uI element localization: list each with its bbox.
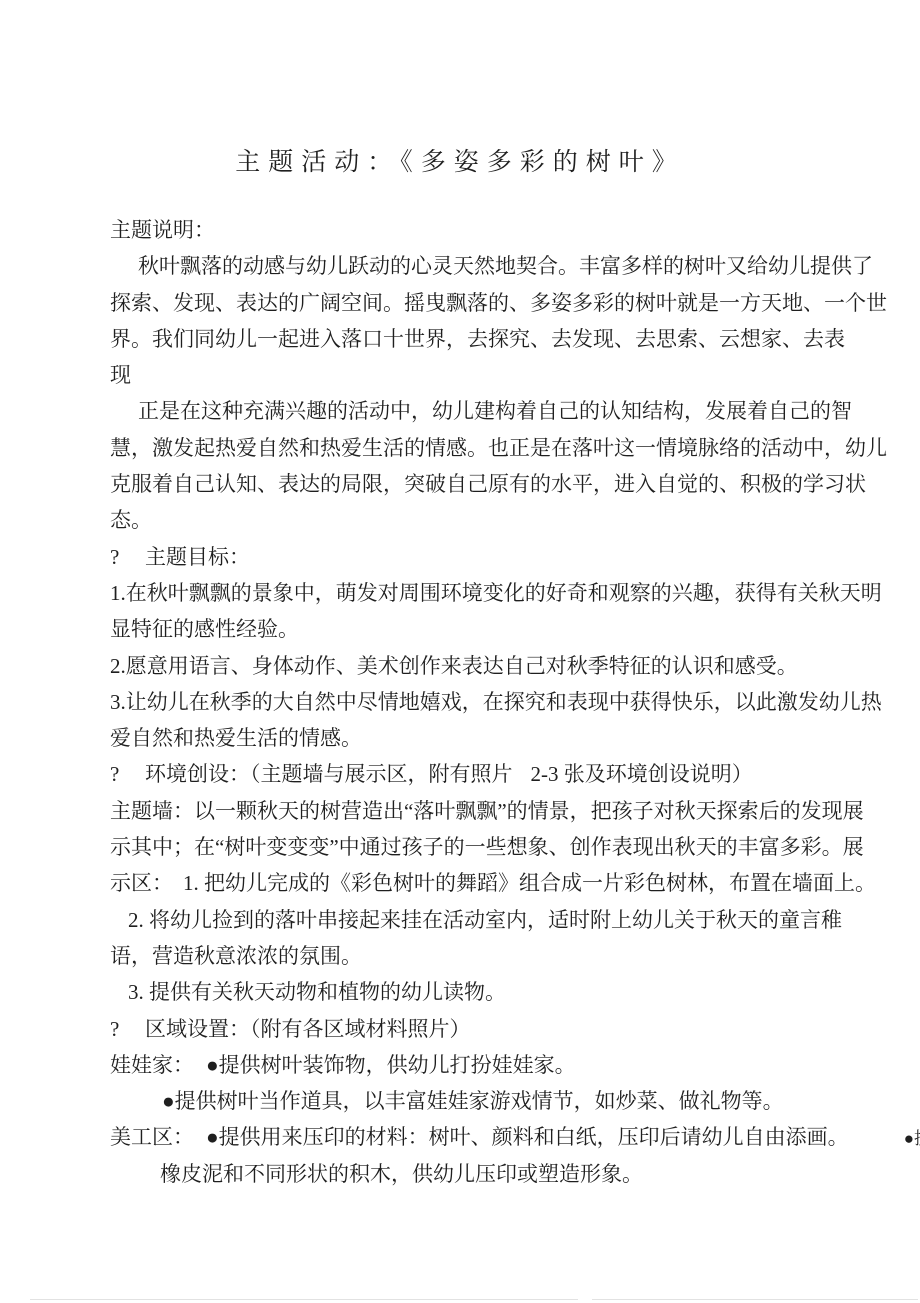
document-page: 主题活动：《多姿多彩的树叶》 主题说明：秋叶飘落的动感与幼儿跃动的心灵天然地契合… (0, 0, 920, 1303)
text-run: 2.愿意用语言、身体动作、美术创作来表达自己对秋季特征的认识和感受。 (110, 654, 798, 678)
env-line: 主题墙：以一颗秋天的树营造出“落叶飘飘”的情景，把孩子对秋天探索后的发现展 (110, 793, 822, 829)
text-run: ●提供树叶当作道具，以丰富娃娃家游戏情节，如炒菜、做礼物等。 (162, 1089, 784, 1113)
text-run: 显特征的感性经验。 (110, 617, 299, 641)
goal-line: 3.让幼儿在秋季的大自然中尽情地嬉戏，在探究和表现中获得快乐，以此激发幼儿热 (110, 684, 822, 720)
area-line-art-zone: 美工区：●提供用来压印的材料：树叶、颜料和白纸，压印后请幼儿自由添画。●提供 (110, 1119, 822, 1155)
text-run: 爱自然和热爱生活的情感。 (110, 726, 362, 750)
text-run: ? (110, 539, 145, 575)
text-run: 2. 将幼儿捡到的落叶串接起来挂在活动室内，适时附上幼儿关于秋天的童言稚 (128, 908, 842, 932)
env-line: 语，营造秋意浓浓的氛围。 (110, 938, 822, 974)
text-run: 橡皮泥和不同形状的积木，供幼儿压印或塑造形象。 (160, 1162, 643, 1186)
paragraph-line: 克服着自己认知、表达的局限，突破自己原有的水平，进入自觉的、积极的学习状 (110, 466, 822, 502)
area-line-doll-home: ●提供树叶当作道具，以丰富娃娃家游戏情节，如炒菜、做礼物等。 (110, 1083, 822, 1119)
text-run: 娃娃家： (110, 1053, 194, 1077)
env-line: 示区：1. 把幼儿完成的《彩色树叶的舞蹈》组合成一片彩色树林，布置在墙面上。 (110, 865, 822, 901)
text-run: 1. 把幼儿完成的《彩色树叶的舞蹈》组合成一片彩色树林，布置在墙面上。 (183, 871, 876, 895)
text-run: 语，营造秋意浓浓的氛围。 (110, 944, 362, 968)
text-run: 3.让幼儿在秋季的大自然中尽情地嬉戏，在探究和表现中获得快乐，以此激发幼儿热 (110, 690, 882, 714)
text-run: 示其中；在“树叶变变变”中通过孩子的一些想象、创作表现出秋天的丰富多彩。展 (110, 835, 864, 859)
env-creation-heading: ?环境创设：（主题墙与展示区，附有照片2-3 张及环境创设说明） (110, 756, 822, 792)
env-line: 示其中；在“树叶变变变”中通过孩子的一些想象、创作表现出秋天的丰富多彩。展 (110, 829, 822, 865)
text-run: 3. 提供有关秋天动物和植物的幼儿读物。 (128, 980, 506, 1004)
doc-title: 主题活动：《多姿多彩的树叶》 (110, 142, 810, 178)
text-run: 探索、发现、表达的广阔空间。摇曳飘落的、多姿多彩的树叶就是一方天地、一个世 (110, 291, 887, 315)
text-run: 克服着自己认知、表达的局限，突破自己原有的水平，进入自觉的、积极的学习状 (110, 472, 866, 496)
text-run: ●提供树叶装饰物，供幼儿打扮娃娃家。 (206, 1053, 576, 1077)
text-run: 正是在这种充满兴趣的活动中，幼儿建构着自己的认知结构，发展着自己的智 (138, 399, 852, 423)
text-run: ? (110, 1011, 145, 1047)
text-run: 主题目标： (145, 545, 250, 569)
paragraph-line: 秋叶飘落的动感与幼儿跃动的心灵天然地契合。丰富多样的树叶又给幼儿提供了 (110, 248, 822, 284)
theme-goals-heading: ?主题目标： (110, 539, 822, 575)
text-run: 示区： (110, 871, 173, 895)
text-run: 区域设置：（附有各区域材料照片） (145, 1017, 471, 1041)
paragraph-line: 态。 (110, 502, 822, 538)
env-line: 2. 将幼儿捡到的落叶串接起来挂在活动室内，适时附上幼儿关于秋天的童言稚 (110, 902, 822, 938)
text-run: ? (110, 756, 145, 792)
paragraph-line: 正是在这种充满兴趣的活动中，幼儿建构着自己的认知结构，发展着自己的智 (110, 393, 822, 429)
text-run: 慧，激发起热爱自然和热爱生活的情感。也正是在落叶这一情境脉络的活动中，幼儿 (110, 436, 887, 460)
area-line-art-zone: 橡皮泥和不同形状的积木，供幼儿压印或塑造形象。 (110, 1156, 822, 1192)
env-line: 3. 提供有关秋天动物和植物的幼儿读物。 (110, 974, 822, 1010)
paragraph-line: 现 (110, 357, 822, 393)
goal-line: 爱自然和热爱生活的情感。 (110, 720, 822, 756)
paragraph-line: 慧，激发起热爱自然和热爱生活的情感。也正是在落叶这一情境脉络的活动中，幼儿 (110, 430, 822, 466)
text-run: 现 (110, 363, 131, 387)
text-run: 界。我们同幼儿一起进入落口十世界，去探究、去发现、去思索、云想家、去表 (110, 327, 845, 351)
text-run: 2-3 张及环境创设说明） (531, 762, 753, 786)
paragraph-line: 探索、发现、表达的广阔空间。摇曳飘落的、多姿多彩的树叶就是一方天地、一个世 (110, 285, 822, 321)
doc-body: 主题说明：秋叶飘落的动感与幼儿跃动的心灵天然地契合。丰富多样的树叶又给幼儿提供了… (110, 212, 822, 1192)
paragraph-line: 界。我们同幼儿一起进入落口十世界，去探究、去发现、去思索、云想家、去表 (110, 321, 822, 357)
theme-desc-heading: 主题说明： (110, 212, 822, 248)
page-edge-line (592, 1299, 918, 1300)
page-edge-line (30, 1299, 578, 1300)
text-run: ●提供 (904, 1129, 920, 1148)
goal-line: 1.在秋叶飘飘的景象中，萌发对周围环境变化的好奇和观察的兴趣，获得有关秋天明 (110, 575, 822, 611)
goal-line: 2.愿意用语言、身体动作、美术创作来表达自己对秋季特征的认识和感受。 (110, 648, 822, 684)
text-run: 环境创设：（主题墙与展示区，附有照片 (145, 762, 513, 786)
text-run: ●提供用来压印的材料：树叶、颜料和白纸，压印后请幼儿自由添画。 (206, 1125, 849, 1149)
text-run: 秋叶飘落的动感与幼儿跃动的心灵天然地契合。丰富多样的树叶又给幼儿提供了 (138, 254, 873, 278)
text-run: 主题墙：以一颗秋天的树营造出“落叶飘飘”的情景，把孩子对秋天探索后的发现展 (110, 799, 864, 823)
text-run: 主题说明： (110, 218, 215, 242)
text-run: 1.在秋叶飘飘的景象中，萌发对周围环境变化的好奇和观察的兴趣，获得有关秋天明 (110, 581, 882, 605)
text-run: 态。 (110, 508, 152, 532)
goal-line: 显特征的感性经验。 (110, 611, 822, 647)
text-run: 美工区： (110, 1125, 194, 1149)
area-setup-heading: ?区域设置：（附有各区域材料照片） (110, 1011, 822, 1047)
area-line-doll-home: 娃娃家：●提供树叶装饰物，供幼儿打扮娃娃家。 (110, 1047, 822, 1083)
